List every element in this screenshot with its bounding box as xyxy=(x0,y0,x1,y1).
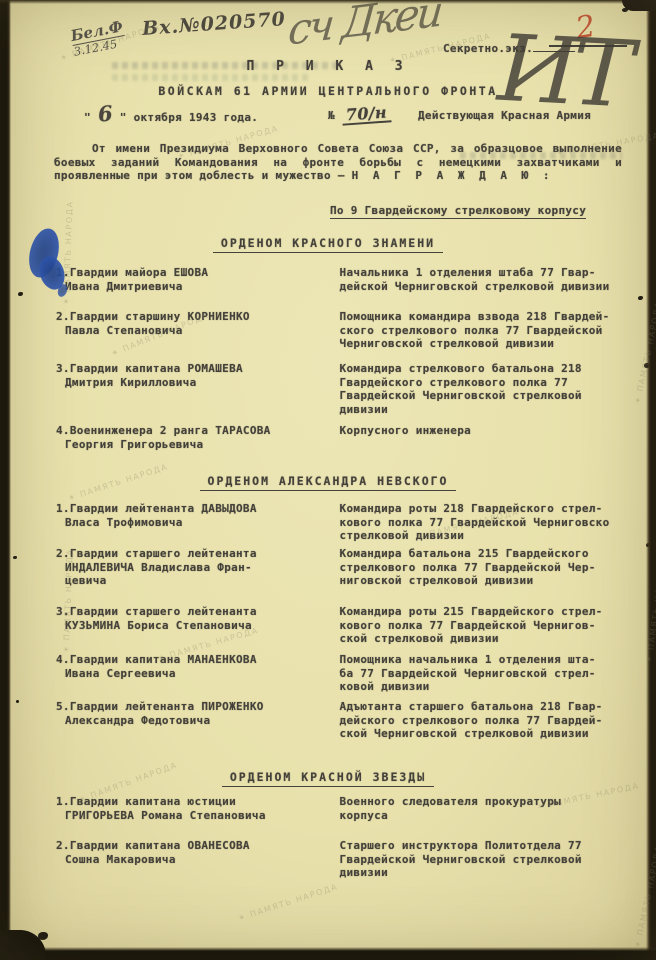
section-heading: ОРДЕНОМ КРАСНОЙ ЗВЕЗДЫ xyxy=(0,766,656,787)
recipient-position-cell: Старшего инструктора Политотдела 77 Гвар… xyxy=(340,839,632,880)
award-entry-row: 1.Гвардии лейтенанта ДАВЫДОВА Власа Троф… xyxy=(56,502,632,543)
recipient-position-cell: Адъютанта старшего батальона 218 Гвар- д… xyxy=(340,700,632,741)
award-entry-row: 4.Военинженера 2 ранга ТАРАСОВА Георгия … xyxy=(56,424,632,451)
award-entry-row: 3.Гвардии капитана РОМАШЕВА Дмитрия Кири… xyxy=(56,362,632,416)
bleed-through-line xyxy=(112,74,310,81)
award-word: Н А Г Р А Ж Д А Ю : xyxy=(352,169,554,182)
section-heading: ОРДЕНОМ КРАСНОГО ЗНАМЕНИ xyxy=(0,232,656,253)
recipient-position-cell: Начальника 1 отделения штаба 77 Гвар- де… xyxy=(340,266,632,293)
scan-edge-right xyxy=(646,0,656,960)
scan-edge-left xyxy=(0,0,11,960)
scan-edge-bottom xyxy=(0,947,656,960)
number-sign: № xyxy=(328,109,335,122)
section-heading-text: ОРДЕНОМ АЛЕКСАНДРА НЕВСКОГО xyxy=(200,475,457,491)
signature-scrawl: сч Дкеи xyxy=(286,0,442,55)
award-entry-row: 3.Гвардии старшего лейтенанта КУЗЬМИНА Б… xyxy=(56,605,632,646)
recipient-name-cell: 1.Гвардии лейтенанта ДАВЫДОВА Власа Троф… xyxy=(56,502,340,543)
award-entry-row: 5.Гвардии лейтенанта ПИРОЖЕНКО Александр… xyxy=(56,700,632,741)
award-entry-row: 1.Гвардии майора ЕШОВА Ивана Дмитриевича… xyxy=(56,266,632,293)
corps-heading-text: По 9 Гвардейскому стрелковому корпусу xyxy=(330,204,586,219)
recipient-position-cell: Командира стрелкового батальона 218 Гвар… xyxy=(340,362,632,416)
order-number: № 70/н xyxy=(328,107,391,124)
recipient-name-cell: 2.Гвардии капитана ОВАНЕСОВА Сошна Макар… xyxy=(56,839,340,880)
recipient-name-cell: 4.Военинженера 2 ранга ТАРАСОВА Георгия … xyxy=(56,424,340,451)
incoming-number-note: Вх.№020570 xyxy=(141,8,286,40)
scanned-order-page: Бел.Ф 3.12.45 Вх.№020570 сч Дкеи Секретн… xyxy=(0,0,656,960)
recipient-name-cell: 1.Гвардии капитана юстиции ГРИГОРЬЕВА Ро… xyxy=(56,795,340,822)
archive-watermark: ✶ ПАМЯТЬ НАРОДА xyxy=(237,882,339,923)
recipient-name-cell: 4.Гвардии капитана МАНАЕНКОВА Ивана Серг… xyxy=(56,653,340,694)
section-heading-text: ОРДЕНОМ КРАСНОГО ЗНАМЕНИ xyxy=(213,237,443,253)
order-addressee: ВОЙСКАМ 61 АРМИИ ЦЕНТРАЛЬНОГО ФРОНТА xyxy=(0,85,656,99)
recipient-position-cell: Помощника командира взвода 218 Гвардей- … xyxy=(340,310,632,351)
order-date: " 6 " октября 1943 года. xyxy=(84,107,258,125)
recipient-name-cell: 3.Гвардии старшего лейтенанта КУЗЬМИНА Б… xyxy=(56,605,340,646)
scan-edge-top xyxy=(0,0,656,4)
award-entry-row: 2.Гвардии старшего лейтенанта ИНДАЛЕВИЧА… xyxy=(56,547,632,588)
date-day-handwritten: 6 xyxy=(97,106,113,121)
recipient-name-cell: 3.Гвардии капитана РОМАШЕВА Дмитрия Кири… xyxy=(56,362,340,416)
section-heading-text: ОРДЕНОМ КРАСНОЙ ЗВЕЗДЫ xyxy=(222,771,434,787)
recipient-name-cell: 1.Гвардии майора ЕШОВА Ивана Дмитриевича xyxy=(56,266,340,293)
date-tail: " октября 1943 года. xyxy=(120,111,258,124)
army-label: Действующая Красная Армия xyxy=(418,109,591,123)
ink-speck xyxy=(13,556,17,559)
recipient-name-cell: 2.Гвардии старшего лейтенанта ИНДАЛЕВИЧА… xyxy=(56,547,340,588)
recipient-position-cell: Помощника начальника 1 отделения шта- ба… xyxy=(340,653,632,694)
ink-speck xyxy=(638,296,643,300)
scan-corner-top-right xyxy=(622,0,656,11)
award-entry-row: 2.Гвардии капитана ОВАНЕСОВА Сошна Макар… xyxy=(56,839,632,880)
recipient-position-cell: Командира роты 215 Гвардейского стрел- к… xyxy=(340,605,632,646)
corps-heading: По 9 Гвардейскому стрелковому корпусу xyxy=(330,204,586,218)
recipient-name-cell: 5.Гвардии лейтенанта ПИРОЖЕНКО Александр… xyxy=(56,700,340,741)
recipient-position-cell: Командира батальона 215 Гвардейского стр… xyxy=(340,547,632,588)
quote-open: " xyxy=(84,111,91,124)
ink-speck xyxy=(18,292,23,296)
award-entry-row: 4.Гвардии капитана МАНАЕНКОВА Ивана Серг… xyxy=(56,653,632,694)
order-title: П Р И К А З xyxy=(0,60,656,74)
recipient-position-cell: Корпусного инженера xyxy=(340,424,632,451)
ink-speck xyxy=(16,700,19,703)
order-number-handwritten: 70/н xyxy=(341,105,391,125)
preamble: От имени Президиума Верховного Совета Со… xyxy=(54,142,622,183)
